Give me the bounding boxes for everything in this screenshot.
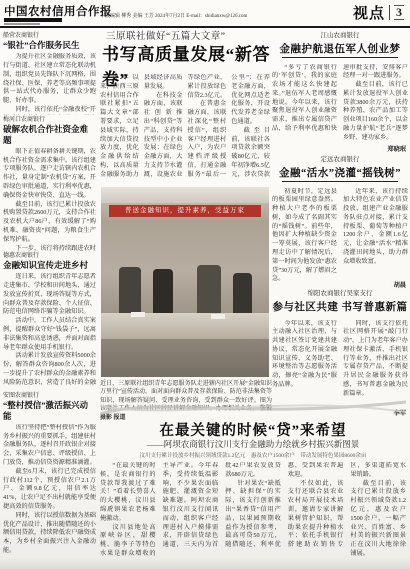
body-paragraph: 同时，该行以授信数据为基础优化产品设计，推出随借随还的小额信用贷款，持续降低农户… (3, 512, 96, 556)
wave-divider (100, 394, 406, 420)
masthead-underline-bar-2 (4, 23, 40, 26)
left-article-1: 船营农商银行 “银社”合作服务民生 为提升社区金融服务质效，该行与街道、社区建立… (3, 30, 96, 115)
newspaper-page: 中国农村信用合作报 本版编辑 柳秀 美编 王芳 2024年7月2日 E-mail… (0, 0, 410, 569)
body-paragraph: 该行坚持把“整村授信”作为服务乡村振兴的重要抓手，组建驻村金融服务队，逐村召开政… (3, 424, 96, 468)
left-article-3: 德惠农商银行 金融知识宣传走进乡村 连日来，该行组织青年志愿者走进集市、学校和田… (3, 250, 96, 385)
photo-service-counter (101, 313, 269, 339)
article-kicker: 定远农商银行 (272, 154, 408, 163)
news-photo: 普送金融知识，提升素养，受益万家 (101, 187, 269, 377)
article-kicker: 梅河口农商银行 (3, 114, 96, 123)
body-paragraph: 同时，该支行依托社区网格开展“敲门行动”，上门为老年客户办理社保卡激活、手机银行… (343, 320, 408, 399)
photo-paper (131, 312, 145, 317)
feature-body: “在最关键的时候，是农商银行的贷款帮我渡过了难关！”看着长势喜人的大樱桃，汶川县… (100, 462, 406, 564)
masthead-underline-bar (4, 18, 62, 22)
article-headline: 金融护航退伍军人创业梦 (272, 41, 408, 56)
article-headline: 破解农机合作社资金难题 (3, 124, 96, 145)
article-kicker: 船营农商银行 (3, 30, 96, 39)
body-paragraph: 截至目前，该行已累计发放退役军人创业贷款3800余万元，扶持种养殖、农产品加工等… (343, 81, 408, 143)
body-paragraph: 近年来，该行持续加大特色农业产业信贷投放，组建产业金融服务队驻点对接，累计支持板… (343, 188, 408, 267)
body-paragraph: “在最关键的时候，是农商银行的贷款帮我渡过了难关！”看着长势喜人的大樱桃，汶川县… (100, 462, 156, 524)
left-article-4: 安图农商银行 “整村授信”激活振兴动能 该行坚持把“整村授信”作为服务乡村振兴的… (3, 390, 96, 564)
article-body: 眼下正值春耕备耕关键期，农机合作社资金需求集中。该行组建专项服务队，逐户走访辖内… (3, 148, 96, 252)
photo-ceiling (101, 187, 269, 203)
photo-paper (211, 314, 225, 319)
article-headline: 参与社区共建 书写普惠新篇 (272, 299, 408, 314)
article-body: 初夏时节，定远县的板栗园里绿意盎然。种植大户老李的板栗树，如今成了名副其实的“摇… (272, 188, 408, 292)
left-article-2: 梅河口农商银行 破解农机合作社资金难题 眼下正值春耕备耕关键期，农机合作社资金需… (3, 114, 96, 252)
article-kicker: 江山农商银行 (272, 30, 408, 39)
page-number: 3 (394, 5, 404, 20)
feature-headline: 在最关键的时候“贷”来希望 (100, 419, 406, 440)
main-article-body: 今年以来，陕西三原农村信用合作联社紧扣“五篇大文章”部署要求，立足县域实际，持续… (100, 74, 270, 184)
body-paragraph: 眼下正值春耕备耕关键期，农机合作社资金需求集中。该行组建专项服务队，逐户走访辖内… (3, 148, 96, 201)
edition-info-line: 本版编辑 柳秀 美编 王芳 2024年7月2日 E-mail：shidianxw… (100, 12, 290, 19)
newspaper-masthead: 中国农村信用合作报 (4, 3, 112, 19)
feature-lead-line: 汶川支行累计投放乡村振兴领域贷款1.2亿元 惠及农户1500余户 带动发展特色果… (100, 451, 406, 459)
body-paragraph: 活动中，工作人员结合真实案例，提醒群众守好“钱袋子”，远离非法集资和高息诱惑，并… (3, 317, 96, 352)
body-paragraph: 截至目前，该支行已累计投放乡村振兴领域贷款1.2亿元，惠及农户1500余户，一幅… (350, 480, 406, 559)
body-paragraph: 截至目前，该行已累计投放农机购置贷款2600万元，支持合作社及农机大户86户，有… (3, 201, 96, 245)
article-kicker: 德惠农商银行 (3, 250, 96, 259)
article-body: “多亏了农商银行的‘军创贷’，我的家庭农场才能这么快建起来。”退伍军人老周感慨地… (272, 64, 408, 150)
article-headline: 金融“活水”浇灌“摇钱树” (272, 165, 408, 180)
article-headline: “银社”合作服务民生 (3, 40, 96, 51)
body-paragraph: 活动累计发放宣传资料5000余份，解答群众咨询800余人次，进一步提升了农村群众… (3, 352, 96, 385)
article-kicker: 安图农商银行 (3, 390, 96, 399)
headline-underline (282, 181, 399, 182)
body-paragraph: 今年以来，该支行主动融入社区治理，与共建社区签订党建共建协议，常态化开展金融知识… (272, 320, 337, 390)
headline-underline (282, 57, 399, 58)
section-name: 视点 (353, 2, 385, 23)
article-kicker: 绵阳农商银行吴家支行 (272, 288, 408, 297)
right-article-2: 定远农商银行 金融“活水”浇灌“摇钱树” 初夏时节，定远县的板栗园里绿意盎然。种… (272, 154, 408, 292)
article-body: 为提升社区金融服务质效，该行与街道、社区建立常态化联动机制，组织党员先锋队下沉网… (3, 53, 96, 115)
article-headline: “整村授信”激活振兴动能 (3, 400, 96, 421)
feature-subtitle: ——阿坝农商银行汶川支行金融助力绘就乡村振兴新图景 (100, 438, 406, 450)
body-paragraph: 截至6月末，该行已完成授信行政村112个，预授信农户2.1万户、金额9.8亿元，… (3, 468, 96, 512)
body-paragraph: 为提升社区金融服务质效，该行与街道、社区建立常态化联动机制，组织党员先锋队下沉网… (3, 53, 96, 106)
article-author: 郑晓珉 (383, 144, 406, 150)
body-paragraph: 连日来，该行组织青年志愿者走进集市、学校和田间地头，通过发放宣传折页、现场答疑等… (3, 273, 96, 317)
article-body: 连日来，该行组织青年志愿者走进集市、学校和田间地头，通过发放宣传折页、现场答疑等… (3, 273, 96, 385)
body-paragraph: 初夏时节，定远县的板栗园里绿意盎然。种植大户老李的板栗树，如今成了名副其实的“摇… (272, 188, 337, 285)
photo-red-banner: 普送金融知识，提升素养，受益万家 (109, 205, 260, 217)
right-article-1: 江山农商银行 金融护航退伍军人创业梦 “多亏了农商银行的‘军创贷’，我的家庭农场… (272, 30, 408, 150)
divider-bar (389, 5, 390, 20)
page-label: 视点 3 (353, 2, 404, 23)
article-body: 该行坚持把“整村授信”作为服务乡村振兴的重要抓手，组建驻村金融服务队，逐村召开政… (3, 424, 96, 564)
article-headline: 金融知识宣传走进乡村 (3, 260, 96, 271)
